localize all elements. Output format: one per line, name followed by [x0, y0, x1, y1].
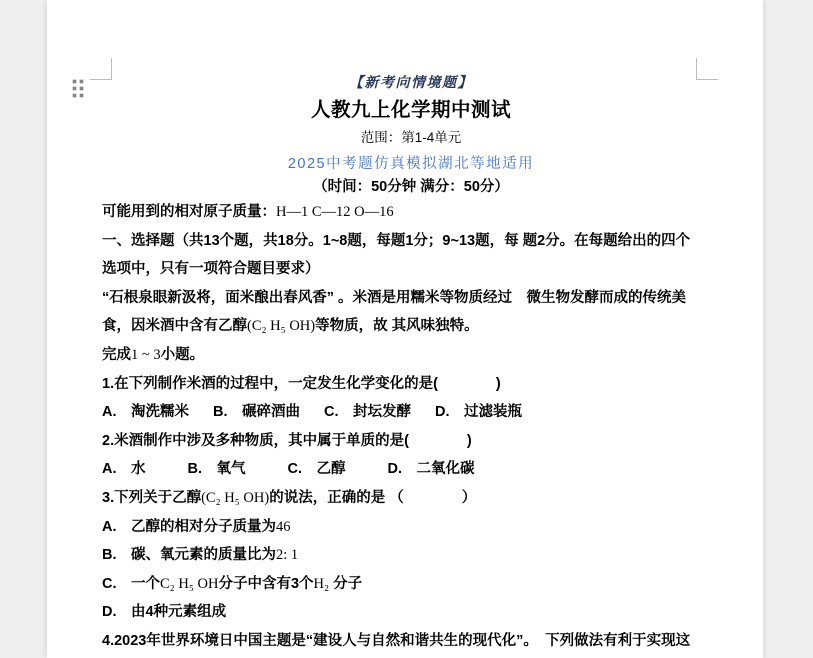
intro-line2-pre: 食，因米酒中含有乙醇	[102, 318, 247, 334]
q3-ethanol-formula: (C₂ H₅ OH)	[201, 490, 269, 506]
section-heading-line2: 选项中，只有一项符合题目要求）	[102, 255, 720, 284]
question-3-stem: 3.下列关于乙醇(C₂ H₅ OH)的说法，正确的是 （ ）	[102, 484, 720, 513]
question-1-options: A. 淘洗糯米 B. 碾碎酒曲 C. 封坛发酵 D. 过滤装瓶	[102, 398, 720, 427]
intro-paragraph-line2: 食，因米酒中含有乙醇(C₂ H₅ OH)等物质，故 其风味独特。	[102, 312, 720, 341]
q3-option-d: D. 由4种元素组成	[102, 598, 720, 627]
exam-title: 人教九上化学期中测试	[102, 98, 720, 122]
section-heading-line1: 一、选择题（共13个题，共18分。1~8题，每题1分；9~13题，每 题2分。在…	[102, 227, 720, 256]
q3-option-c-pre: C. 一个	[102, 576, 160, 592]
right-gutter	[763, 0, 813, 658]
document-page: 【新考向情境题】 人教九上化学期中测试 范围：第1-4单元 2025中考题仿真模…	[47, 0, 763, 658]
q1-option-b: B. 碾碎酒曲	[213, 398, 300, 427]
question-2-options: A. 水 B. 氧气 C. 乙醇 D. 二氧化碳	[102, 455, 720, 484]
ethanol-formula: (C₂ H₅ OH)	[247, 318, 315, 334]
q3-option-a-value: 46	[276, 519, 291, 535]
q3-option-c: C. 一个C₂ H₅ OH分子中含有3个H₂ 分子	[102, 570, 720, 599]
exam-scope: 范围：第1-4单元	[102, 129, 720, 146]
atomic-mass-label: 可能用到的相对原子质量：	[102, 204, 276, 220]
intro-paragraph-line1: “石根泉眼新汲将，面米酿出春风香” 。米酒是用糯米等物质经过 微生物发酵而成的传…	[102, 284, 720, 313]
q2-option-b: B. 氧气	[188, 455, 246, 484]
question-1-stem: 1.在下列制作米酒的过程中，一定发生化学变化的是( )	[102, 370, 720, 399]
exam-paper-content: 【新考向情境题】 人教九上化学期中测试 范围：第1-4单元 2025中考题仿真模…	[102, 0, 720, 656]
exam-body: 可能用到的相对原子质量：H—1 C—12 O—16 一、选择题（共13个题，共1…	[102, 198, 720, 656]
left-gutter	[0, 0, 47, 658]
question-4-stem: 4.2023年世界环境日中国主题是“建设人与自然和谐共生的现代化”。 下列做法有…	[102, 627, 720, 656]
q3-option-a: A. 乙醇的相对分子质量为46	[102, 513, 720, 542]
drag-handle-icon[interactable]	[73, 80, 83, 97]
document-viewer: 【新考向情境题】 人教九上化学期中测试 范围：第1-4单元 2025中考题仿真模…	[0, 0, 813, 658]
q3-option-c-mid: 分子中含有3个	[218, 576, 313, 592]
exam-time-score: （时间：50分钟 满分：50分）	[102, 178, 720, 196]
q2-option-c: C. 乙醇	[288, 455, 346, 484]
atomic-mass-line: 可能用到的相对原子质量：H—1 C—12 O—16	[102, 198, 720, 227]
q3-option-c-formula1: C₂ H₅ OH	[160, 576, 218, 592]
atomic-mass-value: H—1 C—12 O—16	[276, 204, 394, 220]
q1-option-d: D. 过滤装瓶	[435, 398, 522, 427]
complete-pre: 完成	[102, 347, 131, 363]
intro-line2-post: 等物质，故 其风味独特。	[315, 318, 479, 334]
q2-option-d: D. 二氧化碳	[388, 455, 475, 484]
q3-stem-pre: 3.下列关于乙醇	[102, 490, 201, 506]
complete-range: 1 ~ 3	[131, 347, 161, 363]
question-2-stem: 2.米酒制作中涉及多种物质，其中属于单质的是( )	[102, 427, 720, 456]
exam-subtitle: 2025中考题仿真模拟湖北等地适用	[102, 155, 720, 173]
q3-option-b-text: B. 碳、氧元素的质量比为	[102, 547, 276, 563]
q1-option-c: C. 封坛发酵	[324, 398, 411, 427]
q3-option-c-post: 分子	[329, 576, 362, 592]
complete-instruction: 完成1 ~ 3小题。	[102, 341, 720, 370]
q2-option-a: A. 水	[102, 455, 146, 484]
q3-option-b: B. 碳、氧元素的质量比为2: 1	[102, 541, 720, 570]
q1-option-a: A. 淘洗糯米	[102, 398, 189, 427]
exam-tag: 【新考向情境题】	[102, 76, 720, 92]
q3-option-a-text: A. 乙醇的相对分子质量为	[102, 519, 276, 535]
q3-stem-post: 的说法，正确的是 （ ）	[269, 490, 476, 506]
q3-option-c-formula2: H₂	[314, 576, 330, 592]
complete-post: 小题。	[161, 347, 205, 363]
q3-option-b-value: 2: 1	[276, 547, 298, 563]
